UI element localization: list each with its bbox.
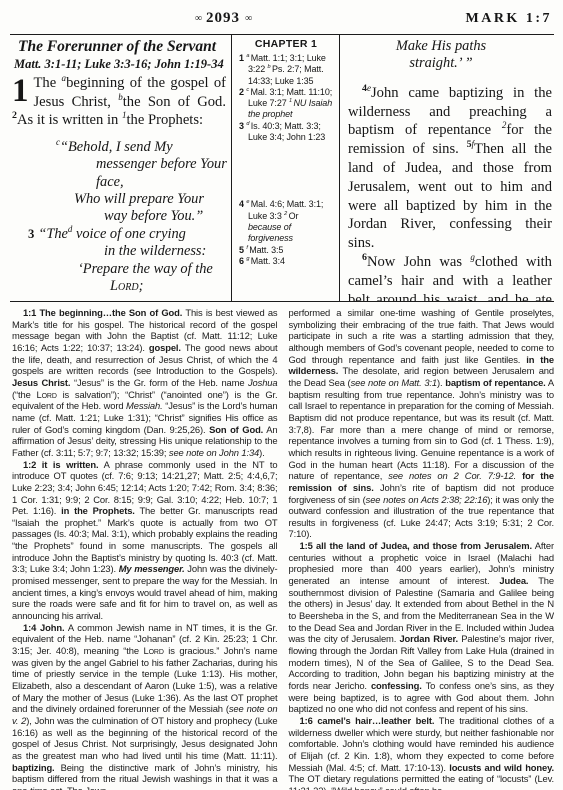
verse-6-7-paragraph: 6Now John was gclothed with camel’s hair… xyxy=(348,253,552,301)
poetry-line: Who will prepare Your xyxy=(12,191,226,208)
chapter-label: CHAPTER 1 xyxy=(239,38,333,50)
parallel-passage-refs: Matt. 3:1-11; Luke 3:3-16; John 1:19-34 xyxy=(14,57,226,72)
scripture-section: The Forerunner of the Servant Matt. 3:1-… xyxy=(10,35,554,302)
verse-4-5-paragraph: 4eJohn came baptizing in the wilderness … xyxy=(348,84,552,253)
poetry-line: face, xyxy=(12,174,226,191)
poetry-line: way before You.” xyxy=(12,208,226,225)
page-header: ∞2093∞ MARK 1:7 xyxy=(10,10,554,32)
verse-1-2-text: The abeginning of the gospel of Jesus Ch… xyxy=(12,75,226,128)
poetry-line: Make His paths xyxy=(348,38,534,55)
scripture-left-column: The Forerunner of the Servant Matt. 3:1-… xyxy=(10,35,231,301)
notes-left-column: 1:1 The beginning…the Son of God. This i… xyxy=(12,307,278,790)
crossref-entry-v6: 6 g Matt. 3:4 xyxy=(239,256,333,267)
chapter-drop-cap: 1 xyxy=(12,74,34,106)
crossref-entry-v3: 3 d Is. 40:3; Matt. 3:3; Luke 3:4; John … xyxy=(239,121,333,144)
ornament-right-icon: ∞ xyxy=(240,13,256,24)
crossref-entry-v1: 1 a Matt. 1:1; 3:1; Luke 3:22 b Ps. 2:7;… xyxy=(239,53,333,87)
note-1-4: 1:4 John. A common Jewish name in NT tim… xyxy=(12,622,278,790)
ornament-left-icon: ∞ xyxy=(190,13,206,24)
notes-right-column: performed a similar one-time washing of … xyxy=(289,307,555,790)
poetry-line: messenger before Your xyxy=(12,156,226,173)
section-heading: The Forerunner of the Servant xyxy=(18,38,226,56)
page-number: 2093 xyxy=(206,10,240,26)
page-number-group: ∞2093∞ xyxy=(10,10,436,27)
crossref-entry-v2: 2 c Mal. 3:1; Matt. 11:10; Luke 7:27 1 N… xyxy=(239,87,333,121)
bible-page: ∞2093∞ MARK 1:7 The Forerunner of the Se… xyxy=(0,0,563,790)
verse-1-2-paragraph: 1The abeginning of the gospel of Jesus C… xyxy=(12,74,226,130)
note-1-2: 1:2 it is written. A phrase commonly use… xyxy=(12,459,278,622)
poetry-quote-left: c“Behold, I send My messenger before You… xyxy=(12,139,226,296)
note-1-1: 1:1 The beginning…the Son of God. This i… xyxy=(12,307,278,459)
crossref-entry-v4: 4 e Mal. 4:6; Matt. 3:1; Luke 3:3 2 Or b… xyxy=(239,199,333,244)
poetry-line-verse-3: 3“Thed voice of one crying xyxy=(12,226,226,243)
poetry-line: straight.’ ” xyxy=(348,55,534,72)
poetry-continuation: Make His paths straight.’ ” xyxy=(348,38,534,73)
running-head: MARK 1:7 xyxy=(466,11,553,27)
study-notes-section: 1:1 The beginning…the Son of God. This i… xyxy=(10,302,554,790)
scripture-right-column: Make His paths straight.’ ” 4eJohn came … xyxy=(340,35,554,301)
poetry-line: c“Behold, I send My xyxy=(12,139,226,156)
poetry-line: ‘Prepare the way of the xyxy=(12,261,226,278)
poetry-line: in the wilderness: xyxy=(12,243,226,260)
poetry-line: Lord; xyxy=(12,278,226,295)
crossref-entry-v5: 5 f Matt. 3:5 xyxy=(239,245,333,256)
note-1-6: 1:6 camel’s hair…leather belt. The tradi… xyxy=(289,715,555,790)
cross-reference-column: CHAPTER 1 1 a Matt. 1:1; 3:1; Luke 3:22 … xyxy=(231,35,340,301)
note-1-4-continuation: performed a similar one-time washing of … xyxy=(289,307,555,540)
note-1-5: 1:5 all the land of Judea, and those fro… xyxy=(289,540,555,715)
